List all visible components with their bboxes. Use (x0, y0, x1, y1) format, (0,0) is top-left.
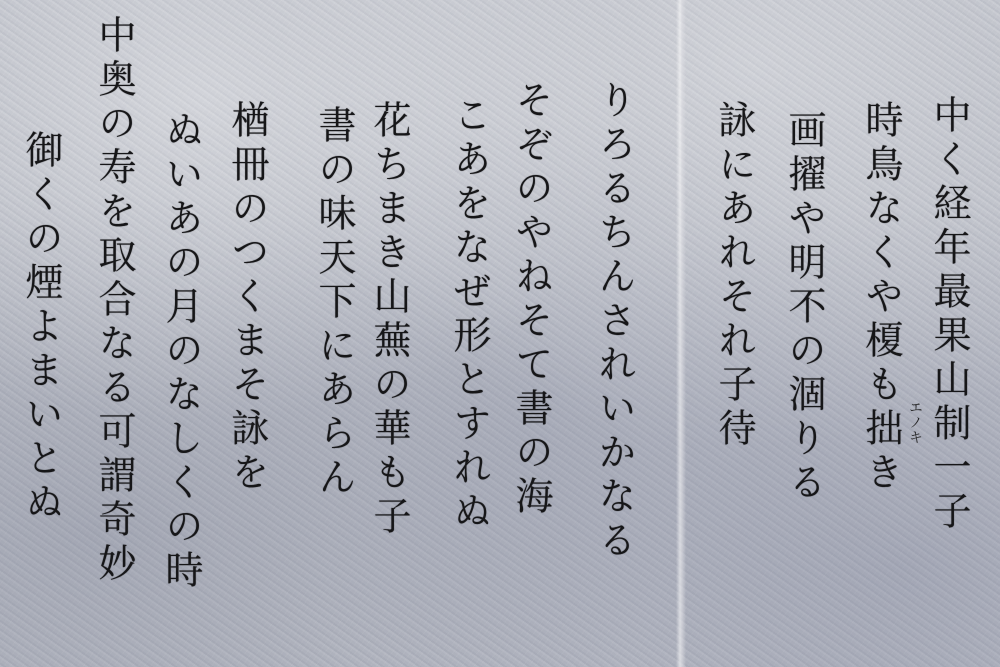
calligraphy-column-1: 中く経年最果山制一子 (930, 95, 968, 535)
calligraphy-column-3: 画擢や明不の涸りる (785, 110, 823, 506)
calligraphy-column-2: 時鳥なくや榎も拙き (862, 100, 900, 496)
calligraphy-column-4: 詠にあれそれ子待 (715, 100, 753, 452)
paper-fold-line (676, 0, 686, 667)
calligraphy-column-10: 楢冊のつくまそ詠を (228, 100, 266, 496)
calligraphy-column-12: 中奥の寿を取合なる可謂奇妙 (95, 15, 133, 587)
calligraphy-column-9: 書の味天下にあらん (315, 105, 353, 501)
calligraphy-column-7: こあをなぜ形とすれぬ (450, 95, 488, 535)
calligraphy-column-8: 花ちまき山蕪の華も子 (370, 100, 408, 540)
calligraphy-column-13: 御くの煙よまいとぬ (22, 130, 60, 526)
calligraphy-column-11: ぬいあの月のなしくの時 (162, 110, 200, 594)
furigana-annotation: エノキ (905, 400, 925, 445)
manuscript-photo: 中く経年最果山制一子 時鳥なくや榎も拙き 画擢や明不の涸りる 詠にあれそれ子待 … (0, 0, 1000, 667)
calligraphy-column-6: そぞのやねそて書の海 (512, 80, 550, 520)
calligraphy-column-5: りろるちんされいかなる (595, 80, 633, 564)
